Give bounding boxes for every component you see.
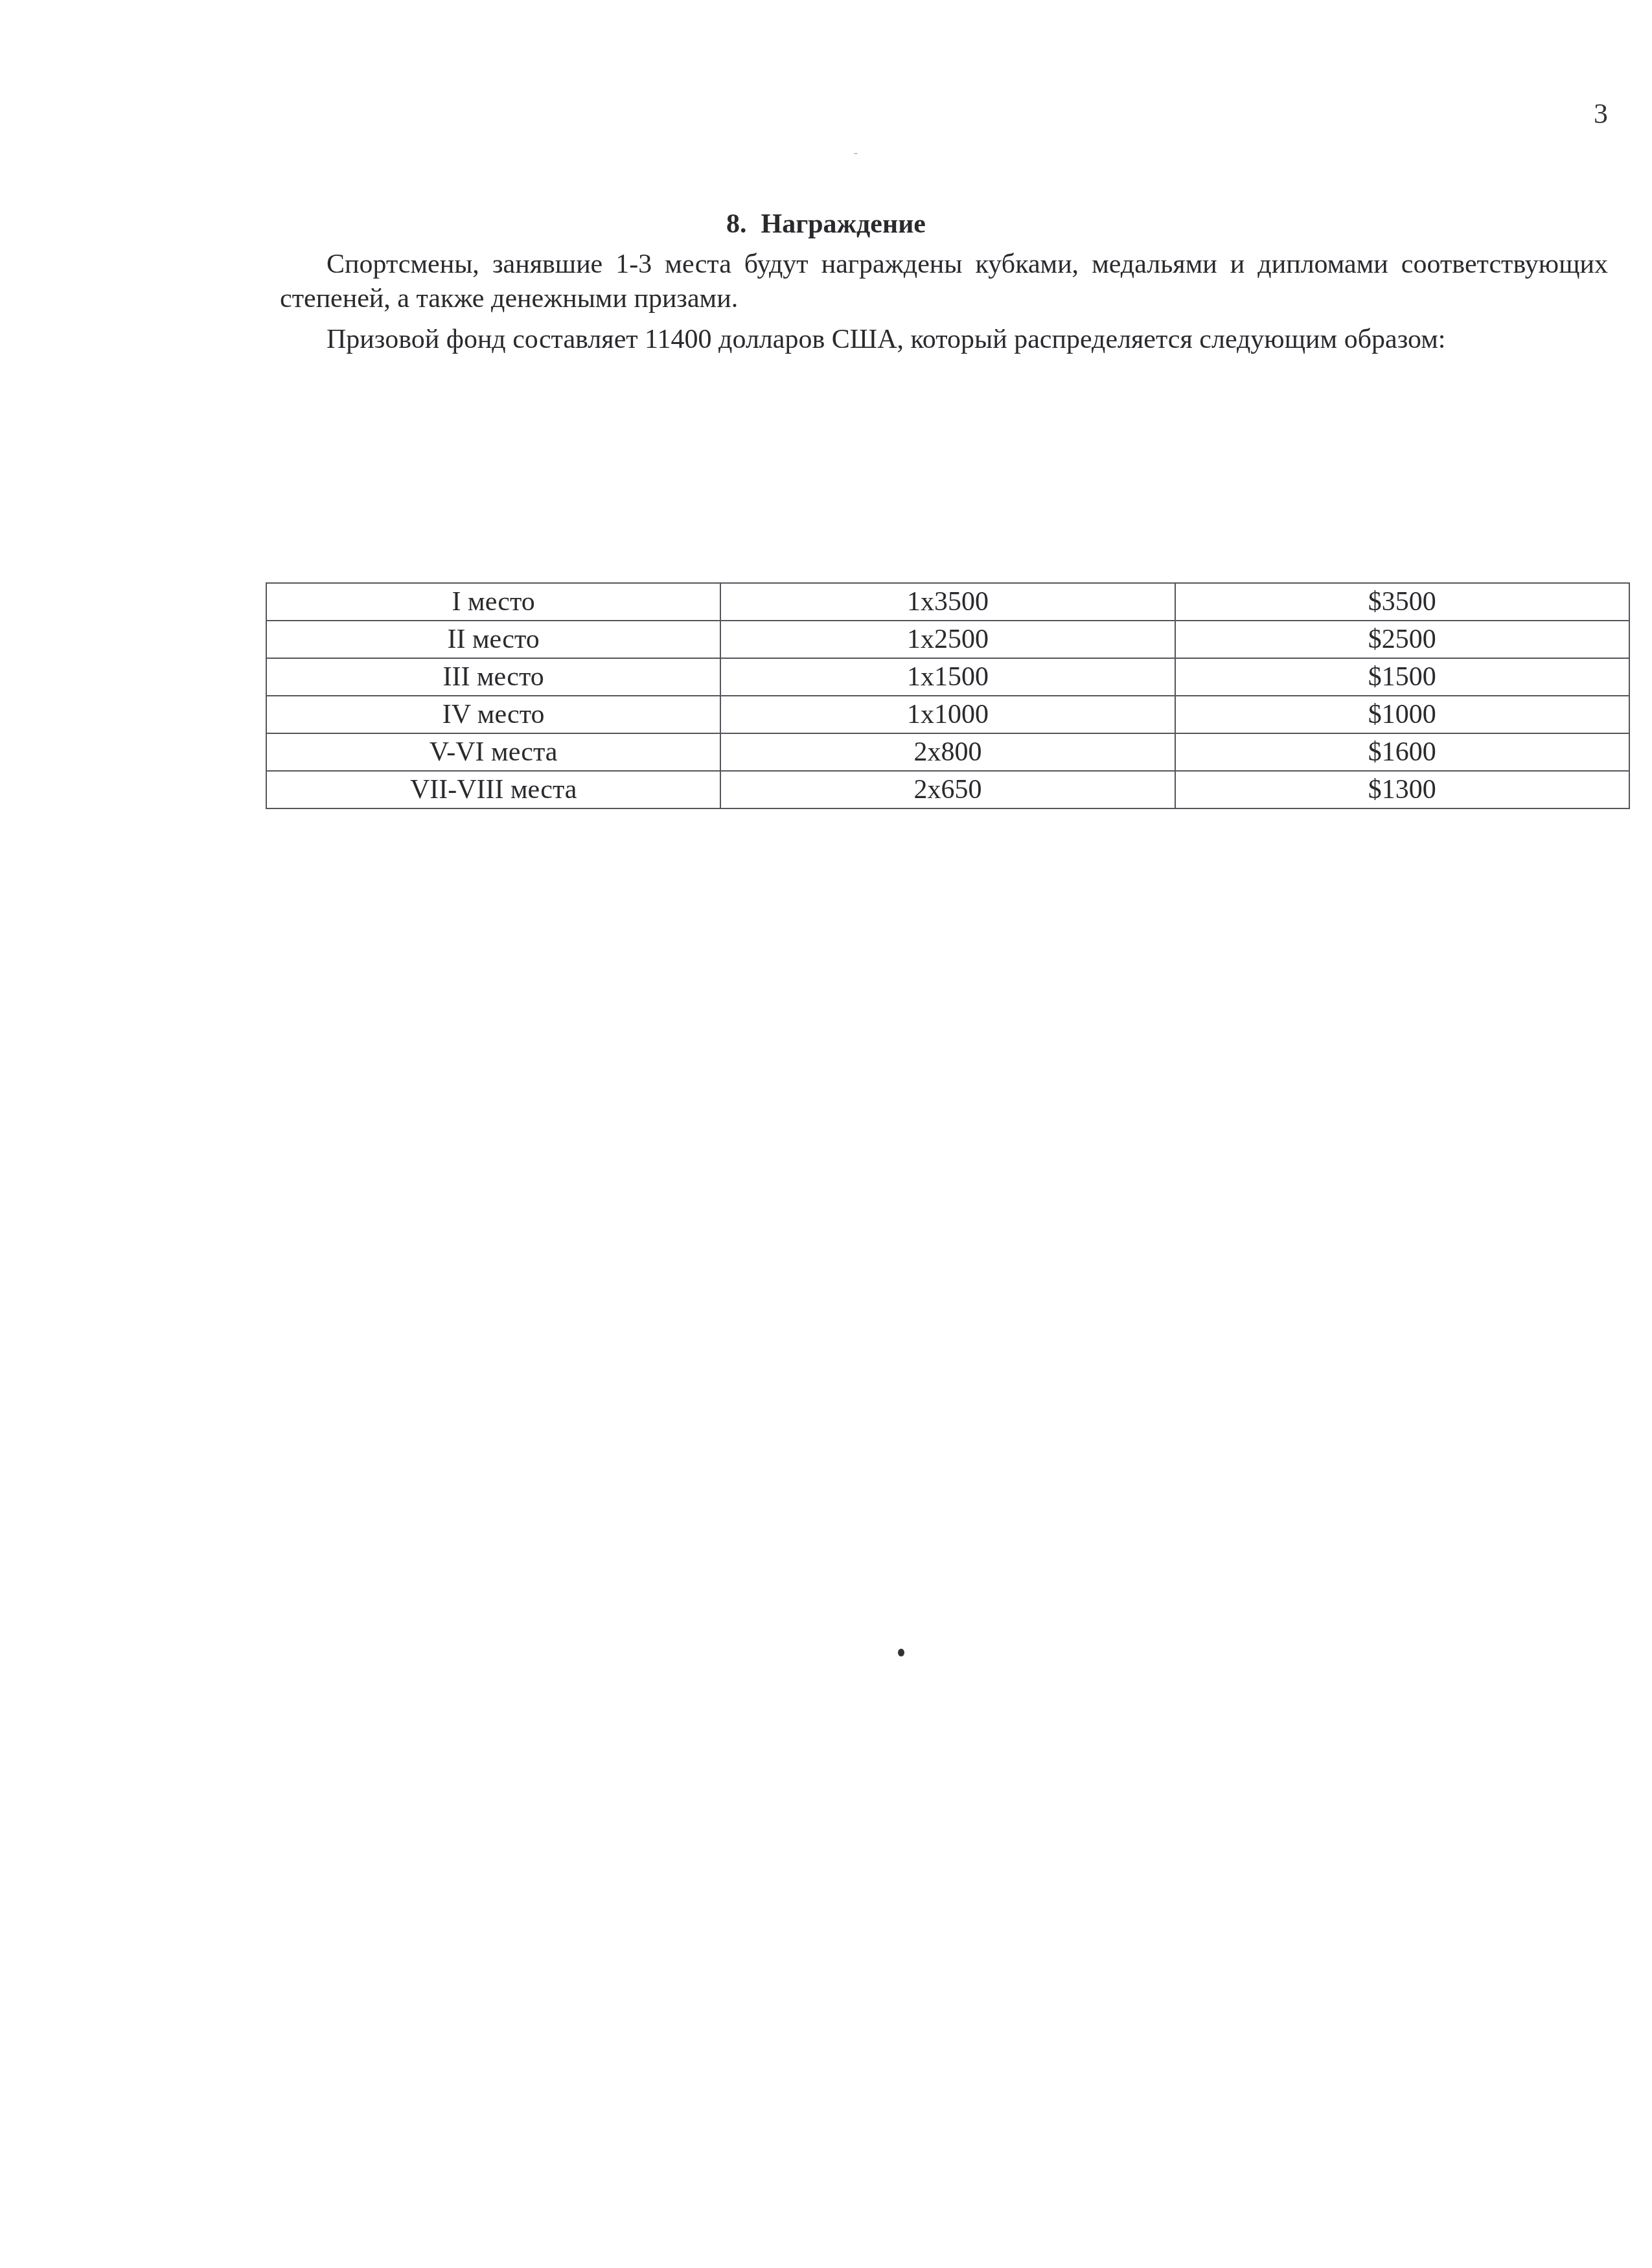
- paragraph-text: Призовой фонд составляет 11400 долларов …: [280, 323, 1608, 357]
- table-row: V-VI места 2x800 $1600: [266, 733, 1629, 771]
- table-row: II место 1x2500 $2500: [266, 621, 1629, 658]
- section-title: Награждение: [761, 209, 926, 239]
- scan-speck: [898, 1649, 904, 1656]
- table-row: IV место 1x1000 $1000: [266, 696, 1629, 733]
- place-cell: III место: [266, 658, 720, 696]
- scan-speck: [854, 153, 858, 154]
- amount-cell: $3500: [1175, 583, 1629, 621]
- amount-cell: $1000: [1175, 696, 1629, 733]
- formula-cell: 1x1500: [720, 658, 1175, 696]
- table-row: III место 1x1500 $1500: [266, 658, 1629, 696]
- formula-cell: 1x2500: [720, 621, 1175, 658]
- formula-cell: 1x3500: [720, 583, 1175, 621]
- table-row: VII-VIII места 2x650 $1300: [266, 771, 1629, 808]
- paragraph-prize-fund: Призовой фонд составляет 11400 долларов …: [280, 323, 1608, 357]
- section-heading: 8.Награждение: [0, 209, 1652, 240]
- paragraph-awards: Спортсмены, занявшие 1-3 места будут наг…: [280, 247, 1608, 316]
- place-cell: II место: [266, 621, 720, 658]
- table-row: I место 1x3500 $3500: [266, 583, 1629, 621]
- prize-table: I место 1x3500 $3500 II место 1x2500 $25…: [266, 582, 1630, 809]
- amount-cell: $1500: [1175, 658, 1629, 696]
- amount-cell: $2500: [1175, 621, 1629, 658]
- paragraph-text: Спортсмены, занявшие 1-3 места будут наг…: [280, 247, 1608, 316]
- formula-cell: 1x1000: [720, 696, 1175, 733]
- place-cell: I место: [266, 583, 720, 621]
- section-number: 8.: [726, 209, 747, 239]
- place-cell: V-VI места: [266, 733, 720, 771]
- place-cell: IV место: [266, 696, 720, 733]
- formula-cell: 2x800: [720, 733, 1175, 771]
- amount-cell: $1300: [1175, 771, 1629, 808]
- amount-cell: $1600: [1175, 733, 1629, 771]
- formula-cell: 2x650: [720, 771, 1175, 808]
- page-number: 3: [1594, 97, 1608, 130]
- place-cell: VII-VIII места: [266, 771, 720, 808]
